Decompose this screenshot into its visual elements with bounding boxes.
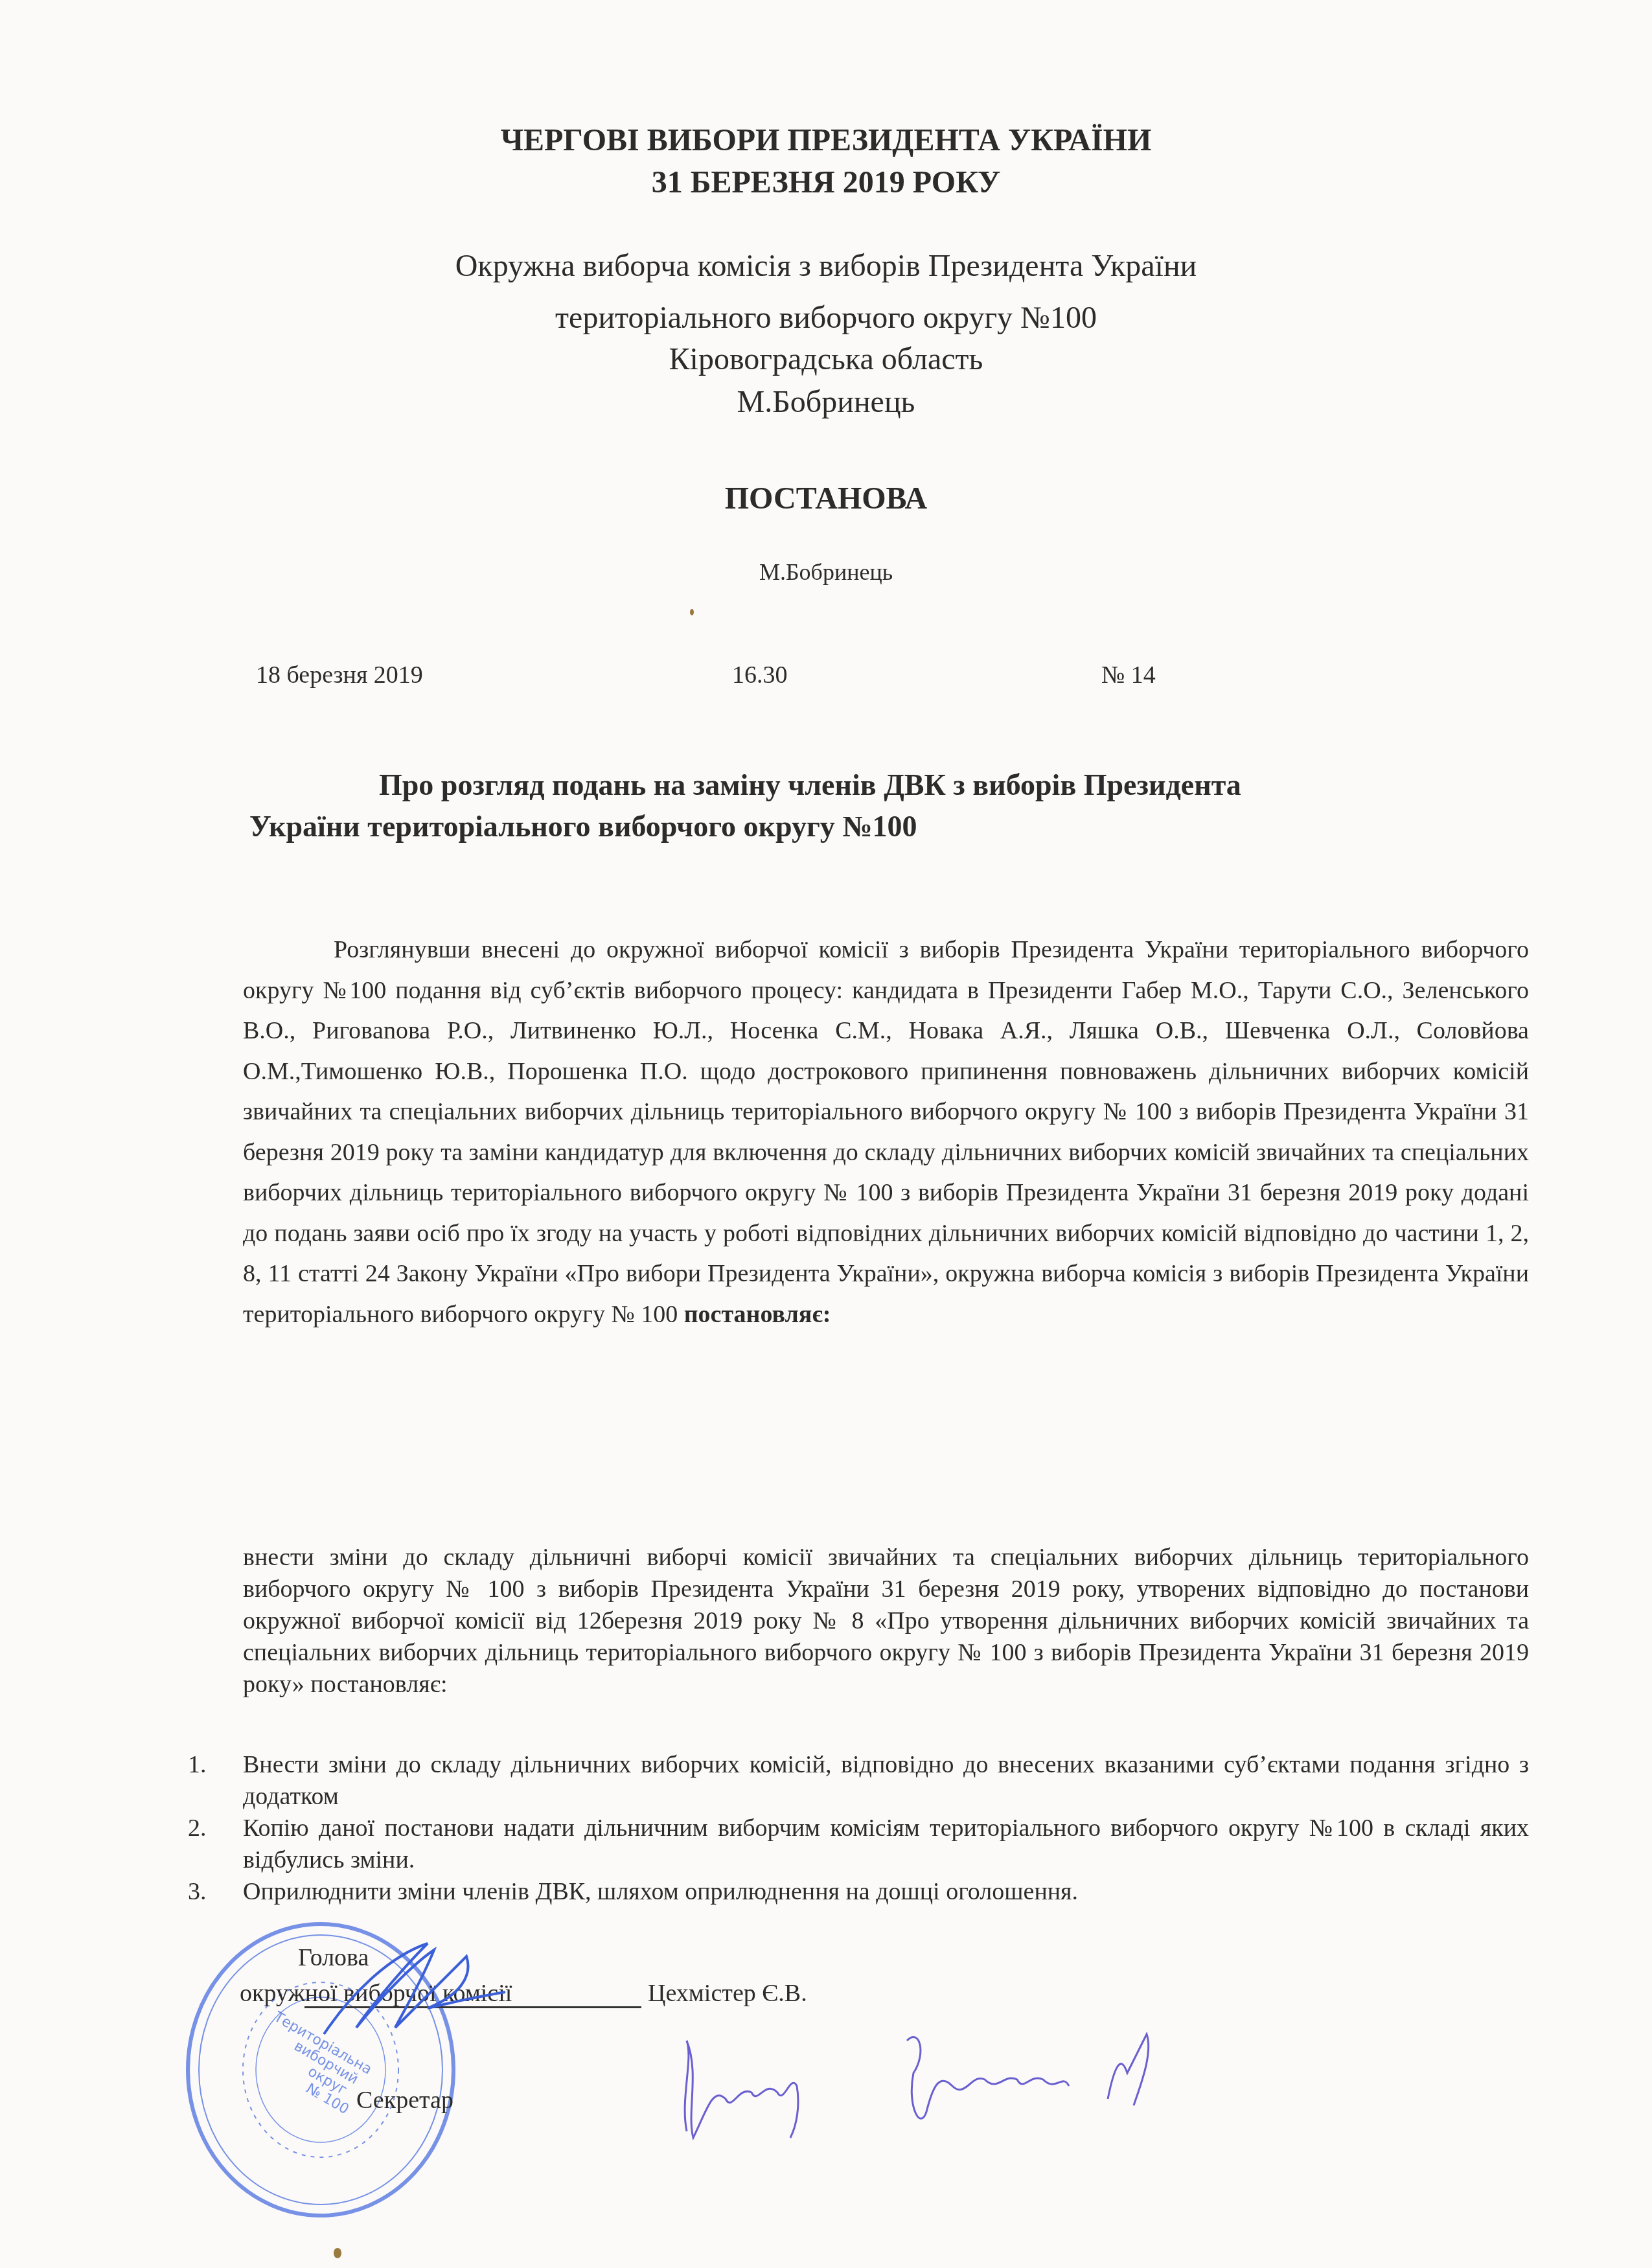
decision-list: 1. Внести зміни до складу дільничних виб… (188, 1749, 1529, 1908)
document-type: ПОСТАНОВА (0, 481, 1652, 516)
preamble-paragraph: Розглянувши внесені до окружної виборчої… (243, 930, 1529, 1334)
list-text: Внести зміни до складу дільничних виборч… (243, 1749, 1529, 1813)
document-place: М.Бобринець (0, 558, 1652, 586)
commission-name-line1: Окружна виборча комісія з виборів Презид… (0, 245, 1652, 288)
preamble-text: Розглянувши внесені до окружної виборчої… (243, 936, 1529, 1328)
secretary-title: Секретар (356, 2086, 453, 2114)
election-title: ЧЕРГОВІ ВИБОРИ ПРЕЗИДЕНТА УКРАЇНИ (0, 120, 1652, 161)
list-number: 1. (188, 1749, 243, 1813)
member-signature-1-icon (667, 2034, 823, 2144)
decides-label: постановляє: (684, 1301, 831, 1328)
resolution-paragraph: внести зміни до складу дільничні виборчі… (243, 1542, 1529, 1701)
region: Кіровоградська область (0, 338, 1652, 381)
list-item: 3. Оприлюднити зміни членів ДВК, шляхом … (188, 1876, 1529, 1908)
election-date: 31 БЕРЕЗНЯ 2019 РОКУ (0, 162, 1652, 203)
commission-name-line2: територіального виборчого округу №100 (0, 297, 1652, 339)
member-signature-2-icon (894, 2015, 1192, 2144)
list-number: 3. (188, 1876, 243, 1908)
document-subject: Про розгляд подань на заміну членів ДВК … (249, 764, 1532, 847)
subject-line1: Про розгляд подань на заміну членів ДВК … (249, 764, 1532, 806)
list-item: 2. Копію даної постанови надати дільничн… (188, 1813, 1529, 1876)
paper-speck (334, 2248, 341, 2258)
subject-line2: України територіального виборчого округу… (249, 810, 917, 843)
list-number: 2. (188, 1813, 243, 1876)
list-text: Оприлюднити зміни членів ДВК, шляхом опр… (243, 1876, 1529, 1908)
document-number: № 14 (1101, 661, 1156, 689)
document-date: 18 березня 2019 (256, 661, 423, 689)
list-text: Копію даної постанови надати дільничним … (243, 1813, 1529, 1876)
document-time: 16.30 (732, 661, 788, 689)
city: М.Бобринець (0, 381, 1652, 424)
chair-signature-icon (311, 1930, 518, 2041)
paper-speck (690, 609, 694, 615)
chair-name: Цехмістер Є.В. (648, 1979, 807, 2008)
list-item: 1. Внести зміни до складу дільничних виб… (188, 1749, 1529, 1813)
